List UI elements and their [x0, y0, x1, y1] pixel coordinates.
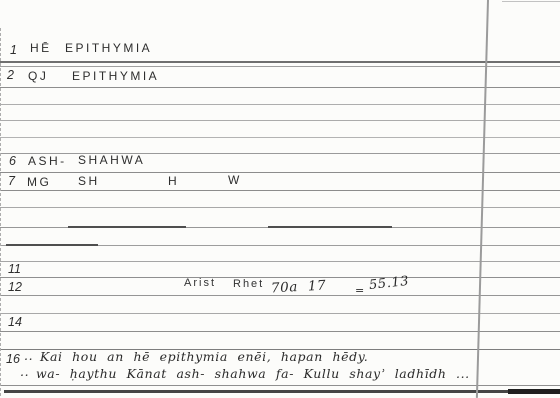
row7-number: 7: [8, 175, 15, 188]
ruled-line: [0, 313, 560, 314]
ruled-line: [0, 172, 560, 173]
ruled-line: [0, 61, 560, 63]
ruled-line: [0, 207, 560, 208]
citation-equals: =: [355, 285, 365, 296]
citation-locus: 70a 17: [271, 280, 327, 296]
citation-author: Arist: [184, 278, 216, 289]
row1-number: 1: [10, 44, 17, 57]
row16-arabic-transliteration: wa- ḥaythu Kānat ash- shahwa fa- Kullu s…: [36, 368, 470, 381]
row11-number: 11: [8, 263, 21, 276]
row1-term: HĒ: [30, 42, 52, 54]
ruled-line: [0, 120, 560, 121]
row1-gloss: EPITHYMIA: [65, 42, 152, 54]
vertical-column-rule: [476, 0, 489, 398]
ruled-line: [0, 66, 560, 67]
ruled-line: [0, 277, 560, 278]
page-left-edge: [0, 28, 1, 396]
ruled-line: [0, 261, 560, 262]
ruled-line: [0, 104, 560, 105]
row2-number: 2: [7, 69, 14, 82]
ruled-line-dark-segment: [68, 226, 186, 228]
row7-siglum: MG: [27, 176, 51, 188]
row6-term: ASH-: [28, 155, 67, 167]
row12-number: 12: [8, 281, 22, 294]
row16-lead-dots: ..: [24, 350, 33, 363]
row7-letter-w: W: [228, 174, 242, 186]
ruled-line: [0, 190, 560, 191]
row6-gloss: SHAHWA: [78, 154, 145, 166]
row2-term: QJ: [28, 70, 48, 82]
row7-letter-sh: SH: [78, 175, 100, 187]
row7-letter-h: H: [168, 175, 179, 187]
citation-page-ref: 55.13: [368, 275, 409, 292]
citation-work: Rhet: [233, 279, 264, 290]
row6-number: 6: [9, 155, 16, 168]
ruled-line-dark-segment: [268, 226, 392, 228]
ruled-line: [0, 87, 560, 88]
ruled-line: [0, 137, 560, 138]
ruled-line: [0, 331, 560, 332]
note-card-page: 1 HĒ EPITHYMIA 2 QJ EPITHYMIA 6 ASH- SHA…: [0, 0, 560, 398]
row16-number: 16: [6, 353, 20, 366]
bottom-rule-dark-corner: [508, 389, 560, 394]
row16-greek-transliteration: Kai hou an hē epithymia enēi, hapan hēdy…: [40, 351, 368, 364]
ruled-line: [502, 1, 560, 2]
ruled-line-dark-segment: [6, 244, 98, 246]
row2-gloss: EPITHYMIA: [72, 70, 159, 82]
row14-number: 14: [8, 316, 22, 329]
row16-continuation-dots: ..: [20, 366, 29, 379]
